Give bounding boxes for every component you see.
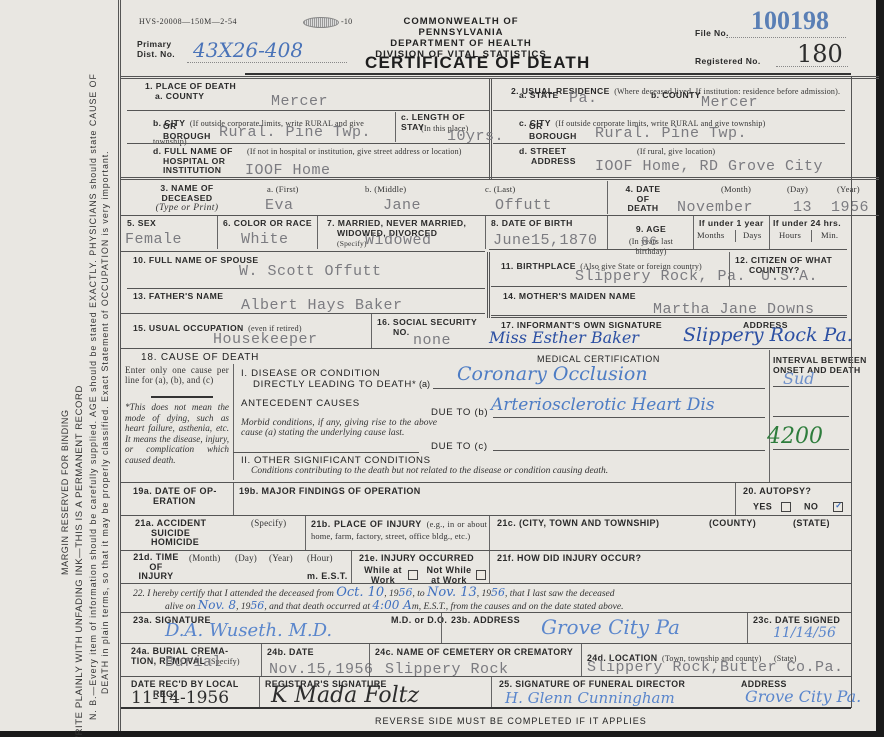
birthplace-value: Slippery Rock, Pa. <box>575 268 746 285</box>
divider <box>491 286 847 287</box>
middle-name-label: b. (Middle) <box>365 185 406 195</box>
binding-margin: MARGIN RESERVED FOR BINDING WRITE PLAINL… <box>0 0 118 731</box>
father-label: 13. FATHER'S NAME <box>133 292 223 302</box>
divider <box>773 386 849 387</box>
divider <box>369 644 370 676</box>
dod-day-value: 13 <box>793 199 812 216</box>
reverse-side-note: REVERSE SIDE MUST BE COMPLETED IF IT APP… <box>375 716 647 726</box>
injury-state-label: (STATE) <box>793 519 830 529</box>
residence-county-label: b. COUNTY <box>651 91 701 101</box>
dob-label: 8. DATE OF BIRTH <box>491 219 573 229</box>
file-no-dotline <box>726 37 846 38</box>
autopsy-no-checkbox[interactable]: ✓ <box>833 502 843 512</box>
street-value: IOOF Home, RD Grove City <box>595 158 823 175</box>
injury-city-label: 21c. (CITY, TOWN AND TOWNSHIP) <box>497 519 659 529</box>
divider <box>233 452 419 453</box>
sex-value: Female <box>125 231 182 248</box>
divider <box>493 450 765 451</box>
divider <box>489 249 847 250</box>
write-plainly-line: WRITE PLAINLY WITH UNFADING INK—THIS IS … <box>74 385 85 737</box>
day-label: (Day) <box>787 185 808 195</box>
dod-month-value: November <box>677 199 753 216</box>
other-conditions-label: II. OTHER SIGNIFICANT CONDITIONS <box>241 455 431 466</box>
residence-county-value: Mercer <box>701 94 758 111</box>
divider <box>735 483 736 515</box>
cause-instructions: Enter only one cause per line for (a), (… <box>125 366 229 385</box>
divider <box>493 143 845 144</box>
divider <box>233 483 234 515</box>
dob-value: June15,1870 <box>493 232 598 249</box>
date-signed-value: 11/14/56 <box>773 625 836 641</box>
residence-state-value: Pa. <box>569 90 598 107</box>
union-suffix: -10 <box>341 17 352 27</box>
autopsy-yes-checkbox[interactable] <box>781 502 791 512</box>
divider <box>121 177 879 180</box>
divider <box>491 315 847 318</box>
divider <box>121 583 851 584</box>
race-label: 6. COLOR OR RACE <box>223 219 312 229</box>
findings-label: 19b. MAJOR FINDINGS OF OPERATION <box>239 487 421 497</box>
min-label: Min. <box>821 231 838 241</box>
county-label: a. COUNTY <box>145 92 236 102</box>
under-1-year-label: If under 1 year <box>699 219 764 229</box>
divider <box>121 676 851 677</box>
spouse-value: W. Scott Offutt <box>239 263 382 280</box>
birthplace-label: 11. BIRTHPLACE <box>501 261 576 271</box>
informant-signature: Miss Esther Baker <box>489 328 639 347</box>
month-label: (Month) <box>721 185 751 195</box>
divider <box>489 516 490 550</box>
dist-no-dotline <box>187 62 347 63</box>
residence-borough-label: BOROUGH <box>529 132 577 142</box>
file-no-label: File No. <box>695 29 729 39</box>
operation-date-line2: ERATION <box>133 497 217 507</box>
marital-value: Widowed <box>365 232 432 249</box>
last-seen-alive-value: Nov. 8 <box>198 598 236 612</box>
certify-text-7: , 19 <box>236 602 250 612</box>
registered-no-label: Registered No. <box>695 57 761 67</box>
divider <box>121 482 851 483</box>
accident-specify: (Specify) <box>251 519 286 529</box>
divider <box>693 216 694 249</box>
divider <box>121 612 851 613</box>
registered-no-value: 180 <box>797 40 843 68</box>
divider <box>433 388 765 389</box>
date-received-value: 11-14-1956 <box>131 688 229 708</box>
last-seen-alive-year: 56 <box>250 599 264 612</box>
cause-a-label: (a) <box>419 379 430 389</box>
hours-label: Hours <box>779 231 801 241</box>
union-label-icon <box>303 17 339 28</box>
last-name-value: Offutt <box>495 197 552 214</box>
margin-reserved-text: MARGIN RESERVED FOR BINDING <box>60 409 70 575</box>
department-text: DEPARTMENT OF HEALTH <box>361 38 561 49</box>
cemetery-label: 24c. NAME OF CEMETERY OR CREMATORY <box>375 648 573 658</box>
injury-month-label: (Month) <box>189 554 220 564</box>
ssn-value: none <box>413 332 451 349</box>
physician-address-label: 23b. ADDRESS <box>451 616 520 626</box>
certification-line2: alive on Nov. 8, 1956, and that death oc… <box>165 600 623 612</box>
not-while-at-work-checkbox[interactable] <box>476 570 486 580</box>
first-name-label: a. (First) <box>267 185 299 195</box>
divider <box>769 216 770 249</box>
certificate-form: HVS-20008—150M—2-54 -10 Primary Dist. No… <box>118 0 876 731</box>
divider <box>121 313 485 314</box>
months-label: Months <box>697 231 724 241</box>
time-label-line3: INJURY <box>131 572 181 582</box>
dod-label-line3: DEATH <box>621 204 665 214</box>
certify-text-3: , to <box>412 589 424 599</box>
right-border <box>851 76 852 708</box>
age-label: 9. AGE <box>636 224 666 234</box>
certify-text-4: , 19 <box>477 589 491 599</box>
cause-footnote: *This does not mean the mode of dying, s… <box>125 402 229 465</box>
location-value: Slippery Rock,Butler Co.Pa. <box>587 659 844 676</box>
divider <box>351 551 352 583</box>
classification-code: 4200 <box>767 424 823 449</box>
divider <box>493 417 765 418</box>
attended-to-value: Nov. 13 <box>427 585 477 600</box>
divider <box>769 350 770 482</box>
check-mark-icon: ✓ <box>835 501 842 511</box>
death-time-value: 4:00 A <box>372 598 411 612</box>
cause-a-value: Coronary Occlusion <box>457 363 648 385</box>
how-injury-occurred-label: 21f. HOW DID INJURY OCCUR? <box>497 554 641 564</box>
divider <box>773 449 849 450</box>
injury-est-label: m. E.S.T. <box>307 572 348 582</box>
divider <box>233 364 234 480</box>
sex-label: 5. SEX <box>127 219 156 229</box>
file-no-value: 100198 <box>751 6 829 36</box>
certify-text-8: , and that death occurred at <box>264 602 370 612</box>
cause-b-value: Arteriosclerotic Heart Dis <box>491 395 715 415</box>
burial-date-label: 24b. DATE <box>267 648 314 658</box>
commonwealth-text: COMMONWEALTH OF PENNSYLVANIA <box>361 16 561 38</box>
dist-no-label: Dist. No. <box>137 50 175 60</box>
year-label: (Year) <box>837 185 860 195</box>
divider <box>121 215 879 216</box>
homicide-label: HOMICIDE <box>135 538 206 548</box>
antecedent-label: ANTECEDENT CAUSES <box>241 398 360 409</box>
hospital-label-line3: INSTITUTION <box>153 166 233 176</box>
place-of-death-label: 1. PLACE OF DEATH a. COUNTY <box>145 82 236 101</box>
mother-label: 14. MOTHER'S MAIDEN NAME <box>503 292 636 302</box>
divider <box>305 516 306 550</box>
accident-label: 21a. ACCIDENT SUICIDE HOMICIDE <box>135 519 206 548</box>
name-label-line2: DECEASED <box>147 194 227 204</box>
other-conditions-note: Conditions contributing to the death but… <box>251 466 611 476</box>
divider <box>121 550 851 551</box>
occupation-value: Housekeeper <box>213 331 318 348</box>
divider <box>493 110 845 111</box>
certify-text-9: m, E.S.T., from the causes and on the da… <box>412 602 624 612</box>
injury-hour-label: (Hour) <box>307 554 333 564</box>
autopsy-no-label: NO <box>804 501 818 511</box>
morbid-note: Morbid conditions, if any, giving rise t… <box>241 418 437 438</box>
divider <box>773 416 849 417</box>
ssn-label-line1: 16. SOCIAL SECURITY <box>377 318 477 328</box>
hospital-label: d. FULL NAME OF HOSPITAL OR INSTITUTION <box>153 147 233 176</box>
death-county-value: Mercer <box>271 93 328 110</box>
race-value: White <box>241 231 289 248</box>
divider <box>121 251 485 252</box>
autopsy-label: 20. AUTOPSY? <box>743 487 811 497</box>
burial-value: Burial <box>165 654 222 671</box>
md-do-label: M.D. or D.O. <box>391 616 447 626</box>
street-label-line2: ADDRESS <box>519 157 576 167</box>
divider <box>581 644 582 676</box>
primary-dist-value: 43X26-408 <box>193 38 303 62</box>
divider <box>735 230 736 242</box>
divider <box>261 644 262 676</box>
due-to-c-label: DUE TO (c) <box>431 441 488 452</box>
age-value: 86 <box>641 234 658 249</box>
due-to-b-label: DUE TO (b) <box>431 407 488 418</box>
death-certificate: MARGIN RESERVED FOR BINDING WRITE PLAINL… <box>0 0 876 731</box>
header-divider <box>121 76 879 79</box>
divider <box>441 613 442 643</box>
divider <box>811 230 812 242</box>
disease-label-line2: DIRECTLY LEADING TO DEATH* <box>241 379 416 390</box>
funeral-director-signature: H. Glenn Cunningham <box>505 689 675 707</box>
cause-of-death-label: 18. CAUSE OF DEATH <box>141 352 259 363</box>
injury-day-label: (Day) <box>235 554 257 564</box>
physician-signature: D.A. Wuseth. M.D. <box>165 620 332 641</box>
days-label: Days <box>743 231 761 241</box>
citizen-value: U.S.A. <box>761 268 818 285</box>
divider <box>259 677 260 707</box>
divider <box>489 551 490 583</box>
divider <box>729 252 730 286</box>
hospital-note: (If not in hospital or institution, give… <box>247 147 483 157</box>
divider <box>151 396 213 398</box>
name-label-line3: (Type or Print) <box>147 203 227 213</box>
death-city-value: Rural. Pine Twp. <box>219 124 371 141</box>
certificate-title: CERTIFICATE OF DEATH <box>365 53 590 73</box>
operation-date-label: 19a. DATE OF OP- ERATION <box>133 487 217 506</box>
funeral-address-value: Grove City Pa. <box>745 687 861 706</box>
divider <box>747 613 748 643</box>
first-name-value: Eva <box>265 197 294 214</box>
deceased-name-label: 3. NAME OF DECEASED (Type or Print) <box>147 184 227 213</box>
father-value: Albert Hays Baker <box>241 297 403 314</box>
form-code: HVS-20008—150M—2-54 <box>139 17 237 27</box>
nb-instructions-line1: N. B.—Every item of information should b… <box>88 73 98 720</box>
divider <box>607 181 608 214</box>
date-of-death-label: 4. DATE OF DEATH <box>621 185 665 214</box>
primary-dist-label: Primary Dist. No. <box>137 40 175 59</box>
divider <box>217 216 218 249</box>
while-at-work-checkbox[interactable] <box>408 570 418 580</box>
injury-county-label: (COUNTY) <box>709 519 756 529</box>
divider <box>371 314 372 348</box>
informant-address-value: Slippery Rock Pa. <box>683 324 853 346</box>
disease-label-line1: I. DISEASE OR CONDITION <box>241 368 416 379</box>
dod-year-value: 1956 <box>831 199 869 216</box>
autopsy-options: YES NO ✓ <box>753 502 843 512</box>
divider <box>121 515 851 516</box>
residence-city-value: Rural. Pine Twp. <box>595 125 747 142</box>
attended-to-year: 56 <box>491 586 505 599</box>
certify-text-6: alive on <box>165 602 195 612</box>
place-of-injury-field: 21b. PLACE OF INJURY (e.g., in or about … <box>311 518 487 541</box>
middle-name-value: Jane <box>383 197 421 214</box>
borough-label: BOROUGH <box>163 132 211 142</box>
under-24-hrs-label: If under 24 hrs. <box>773 219 841 229</box>
divider <box>127 110 489 111</box>
divider <box>395 112 396 142</box>
divider <box>485 216 486 249</box>
divider <box>127 288 485 289</box>
divider <box>487 252 490 318</box>
marital-specify: (Specify) <box>337 239 367 249</box>
divider <box>121 348 851 349</box>
street-label: d. STREET ADDRESS <box>519 147 576 166</box>
street-note: (If rural, give location) <box>637 147 715 157</box>
title-underline <box>245 73 851 75</box>
last-name-label: c. (Last) <box>485 185 515 195</box>
divider <box>317 216 318 249</box>
injury-year-label: (Year) <box>269 554 293 564</box>
divider <box>121 707 851 709</box>
autopsy-yes-label: YES <box>753 501 772 511</box>
injury-occurred-label: 21e. INJURY OCCURRED <box>359 554 474 564</box>
state-label: a. STATE <box>519 91 559 101</box>
divider <box>607 216 608 249</box>
place-of-injury-label: 21b. PLACE OF INJURY <box>311 519 422 529</box>
divider <box>491 677 492 707</box>
nb-instructions-line2: DEATH in plain terms, so that it may be … <box>100 150 110 694</box>
divider <box>127 143 489 144</box>
disease-label: I. DISEASE OR CONDITION DIRECTLY LEADING… <box>241 368 416 390</box>
certify-text-5: , that I last saw the deceased <box>505 589 615 599</box>
divider <box>121 643 851 644</box>
registrar-signature: K Mada Foltz <box>271 683 419 708</box>
physician-address-value: Grove City Pa <box>541 615 680 639</box>
time-of-injury-label: 21d. TIME OF INJURY <box>131 553 181 582</box>
